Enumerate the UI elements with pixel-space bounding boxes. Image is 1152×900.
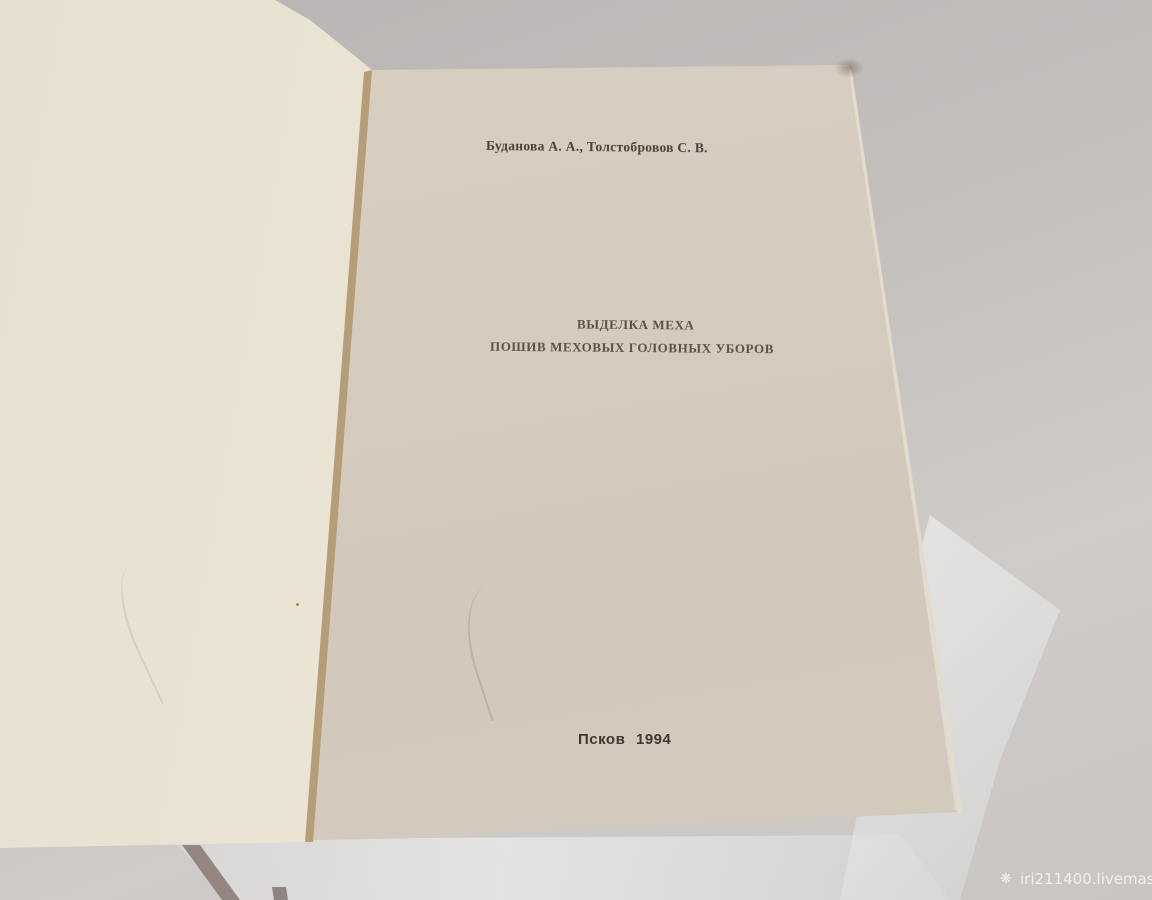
snowflake-logo-icon: ❋ [1000,872,1014,886]
watermark-text: iri211400.livemas [1020,870,1152,888]
title-line-2: ПОШИВ МЕХОВЫХ ГОЛОВНЫХ УБОРОВ [490,339,774,357]
corner-smudge [834,58,864,78]
imprint-year: 1994 [636,731,671,748]
imprint: Псков 1994 [578,731,671,748]
page-spot [296,603,299,606]
imprint-city: Псков [578,731,625,748]
authors-line: Буданова А. А., Толстобровов С. В. [486,138,708,156]
watermark: ❋ iri211400.livemas [1000,870,1152,888]
title-line-1: ВЫДЕЛКА МЕХА [577,316,695,333]
